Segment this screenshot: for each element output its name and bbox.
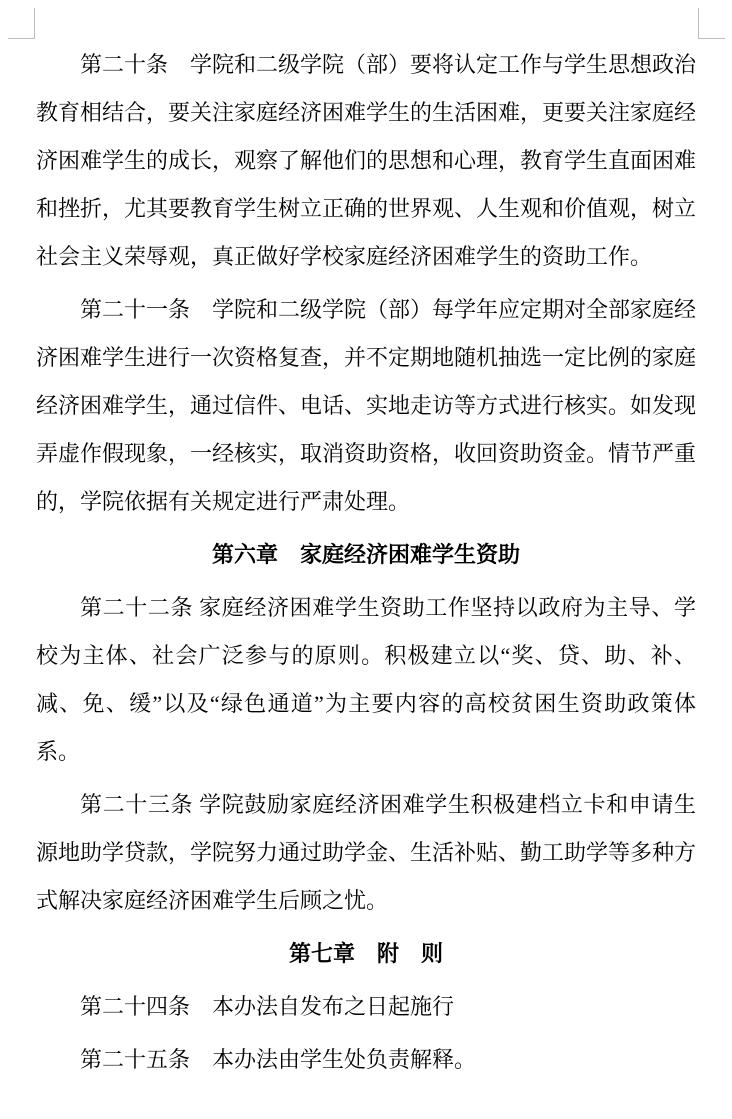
chapter-6-heading: 第六章 家庭经济困难学生资助	[36, 531, 696, 579]
margin-crop-mark-top-right	[698, 8, 725, 39]
paragraph-article-24: 第二十四条 本办法自发布之日起施行	[36, 983, 696, 1031]
paragraph-article-20: 第二十条 学院和二级学院（部）要将认定工作与学生思想政治教育相结合，要关注家庭经…	[36, 41, 696, 281]
chapter-7-heading: 第七章 附 则	[36, 930, 696, 978]
margin-crop-mark-top-left	[8, 8, 35, 39]
paragraph-article-21: 第二十一条 学院和二级学院（部）每学年应定期对全部家庭经济困难学生进行一次资格复…	[36, 286, 696, 526]
paragraph-article-23: 第二十三条 学院鼓励家庭经济困难学生积极建档立卡和申请生源地助学贷款，学院努力通…	[36, 781, 696, 925]
document-page: 第二十条 学院和二级学院（部）要将认定工作与学生思想政治教育相结合，要关注家庭经…	[0, 0, 732, 1119]
paragraph-article-25: 第二十五条 本办法由学生处负责解释。	[36, 1036, 696, 1084]
paragraph-article-22: 第二十二条 家庭经济困难学生资助工作坚持以政府为主导、学校为主体、社会广泛参与的…	[36, 584, 696, 776]
document-body: 第二十条 学院和二级学院（部）要将认定工作与学生思想政治教育相结合，要关注家庭经…	[36, 41, 696, 1089]
